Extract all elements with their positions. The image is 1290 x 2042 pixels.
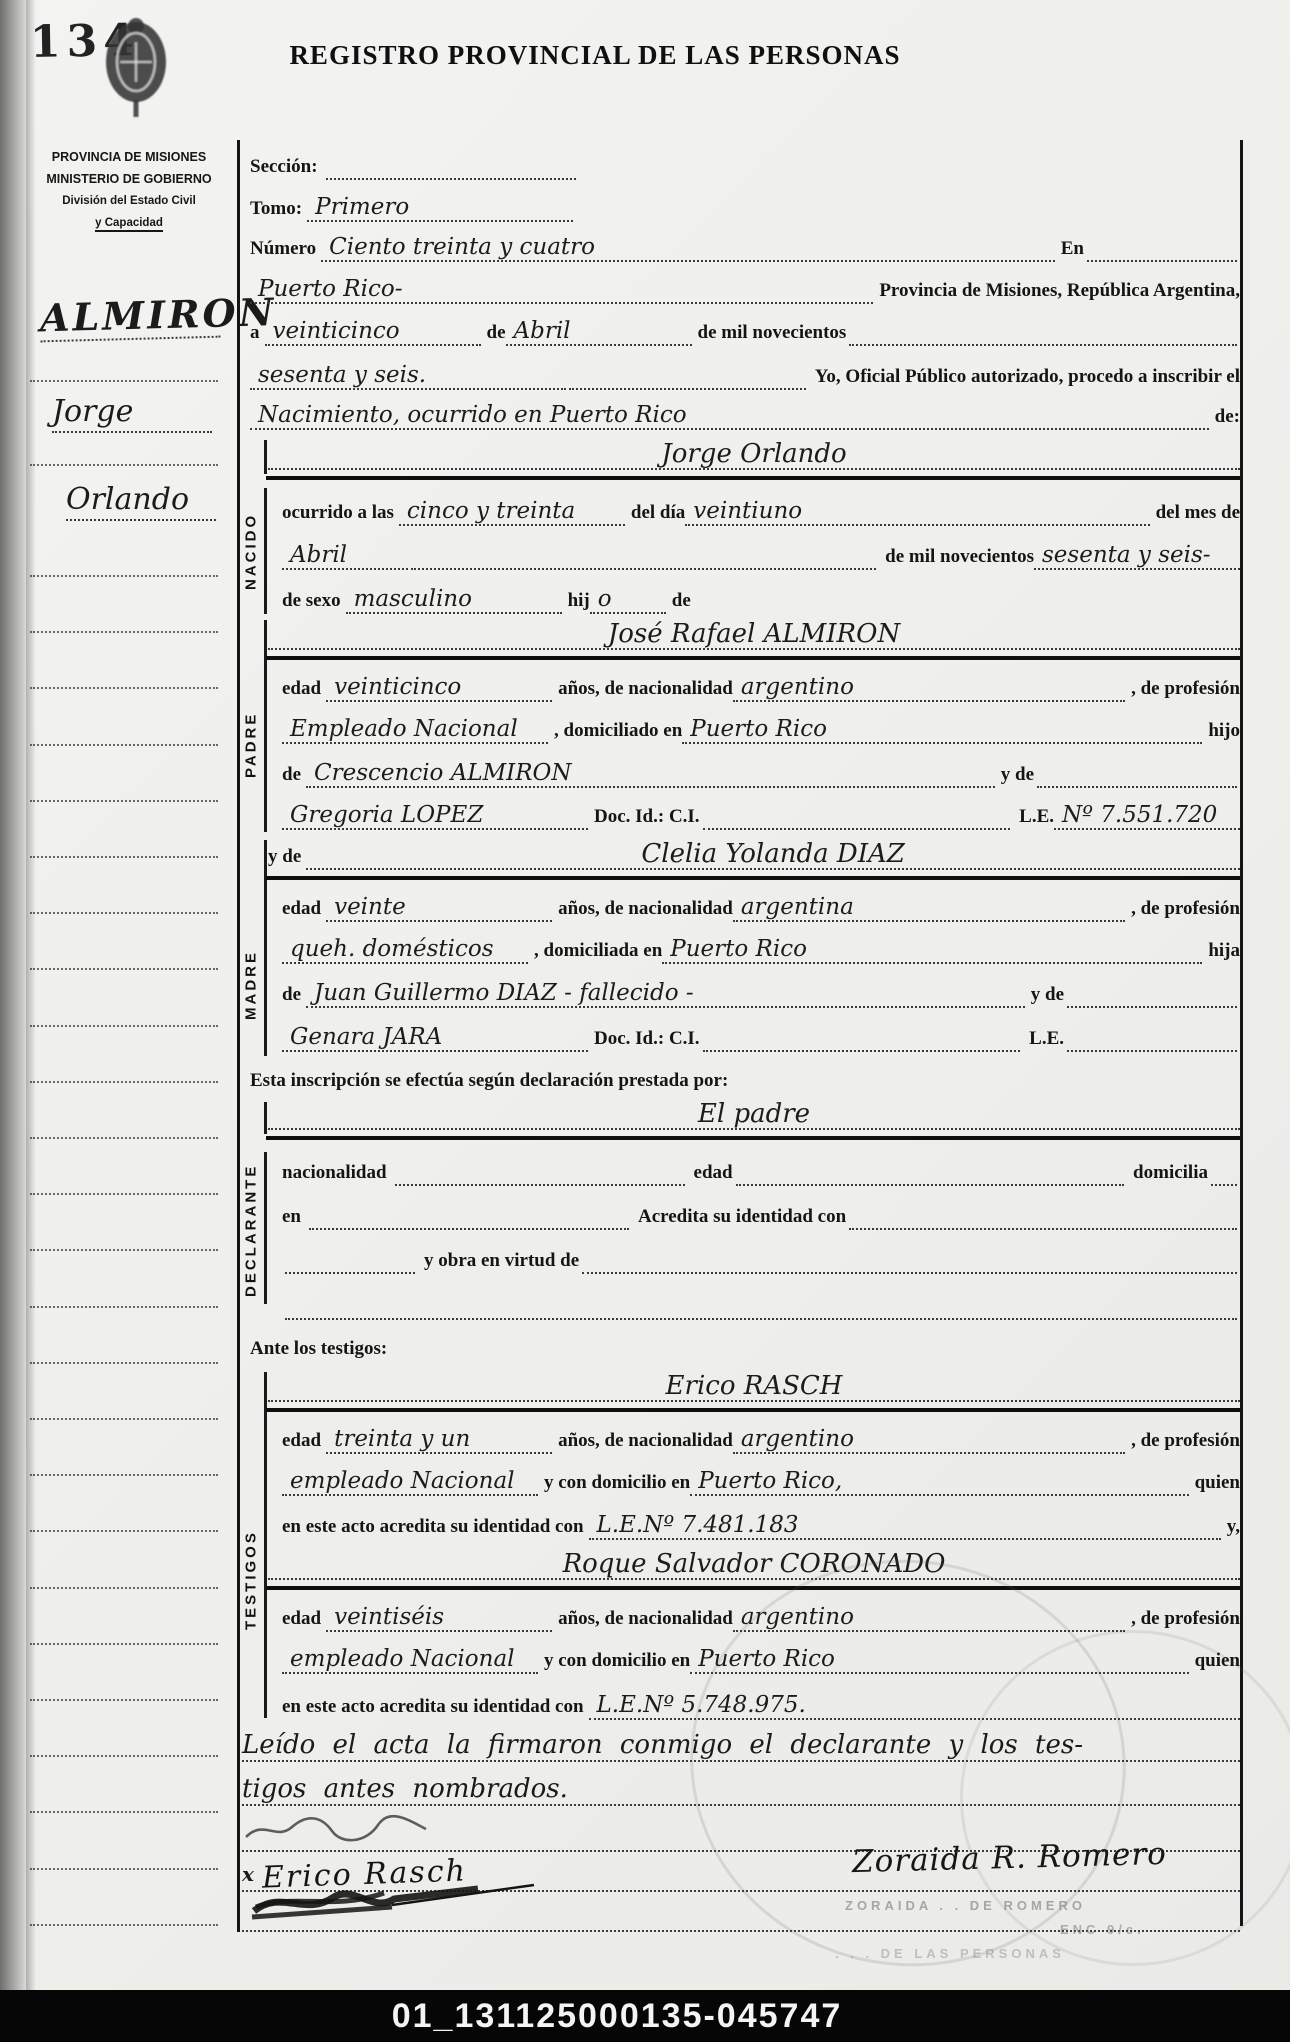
- declarante-value: El padre: [690, 1101, 818, 1128]
- dia-nacimiento-value: veintiuno: [685, 500, 1149, 526]
- y-label: y,: [1221, 1517, 1240, 1540]
- abuelo-paterno-value: Crescencio ALMIRON: [306, 762, 995, 788]
- mes-nacimiento-value: Abril: [282, 544, 408, 570]
- obra-label: y obra en virtud de: [418, 1251, 579, 1274]
- nacido-sexo-row: de sexo masculino hij o de: [282, 580, 1240, 614]
- nacionalidad-label: años, de nacionalidad: [552, 1431, 733, 1454]
- testigo1-profesion-row: empleado Nacional y con domicilio en Pue…: [282, 1462, 1240, 1496]
- rubric-flourish: [242, 1813, 432, 1850]
- hij-sufijo-value: o: [590, 588, 666, 614]
- margin-line: [30, 464, 218, 466]
- margin-line: [30, 1306, 218, 1308]
- padre-bracket: [264, 620, 267, 832]
- margin-line: [30, 1755, 218, 1757]
- name-line: El padre: [268, 1101, 1240, 1130]
- padre-edad-row: edad veinticinco años, de nacionalidad a…: [282, 668, 1240, 702]
- acredita-label: en este acto acredita su identidad con: [282, 1697, 589, 1720]
- scan-code-bar: 01_131125000135-045747: [0, 1990, 1290, 2042]
- scan-code: 01_131125000135-045747: [392, 1997, 843, 2036]
- section-rule: [266, 1136, 1240, 1140]
- profesion-label: , de profesión: [1125, 679, 1240, 702]
- seccion-row: Sección:: [250, 146, 1240, 180]
- profesion-label: , de profesión: [1125, 1609, 1240, 1632]
- testigo2-profesion-value: empleado Nacional: [282, 1648, 538, 1674]
- testigo1-edad-value: treinta y un: [326, 1428, 552, 1454]
- anio-row: sesenta y seis. Yo, Oficial Público auto…: [250, 356, 1240, 390]
- acta-row: Nacimiento, ocurrido en Puerto Rico de:: [250, 396, 1240, 430]
- testigo1-domicilio-value: Puerto Rico,: [690, 1470, 1188, 1496]
- issuing-office-block: PROVINCIA DE MISIONES MINISTERIO DE GOBI…: [38, 146, 220, 234]
- margin-line: [30, 1643, 218, 1645]
- margin-line: [30, 744, 218, 746]
- dotted-leader: [1087, 255, 1237, 262]
- ante-testigos-label: Ante los testigos:: [250, 1339, 392, 1362]
- scanned-birth-certificate: 134 REGISTRO PROVINCIAL DE LAS PERSONAS …: [0, 0, 1290, 2042]
- lugar-row: Puerto Rico- Provincia de Misiones, Repú…: [250, 270, 1240, 304]
- testigo1-nombre-value: Erico RASCH: [658, 1373, 851, 1400]
- profesion-label: , de profesión: [1125, 899, 1240, 922]
- de-label: de: [282, 985, 306, 1008]
- office-line-3: División del Estado Civil: [38, 190, 220, 212]
- padre-nombre-value: José Rafael ALMIRON: [600, 621, 908, 648]
- declarante-identidad-row: en Acredita su identidad con: [282, 1196, 1240, 1230]
- nacido-bracket: [264, 488, 267, 614]
- margin-line: [30, 800, 218, 802]
- office-line-4: y Capacidad: [95, 217, 163, 232]
- abuela-paterna-value: Gregoria LOPEZ: [282, 804, 588, 830]
- declarante-valor-row: El padre: [268, 1100, 1240, 1130]
- testigos-bracket: [264, 1372, 267, 1718]
- name-line: Jorge Orlando: [268, 441, 1240, 470]
- en-label: en: [282, 1207, 306, 1230]
- nacionalidad-label: años, de nacionalidad: [552, 679, 733, 702]
- margin-line: [30, 968, 218, 970]
- doc-id-label: Doc. Id.: C.I.: [588, 1029, 700, 1052]
- de-label: de: [282, 765, 306, 788]
- dotted-leader: [703, 823, 1011, 830]
- domicilio-label: , domiciliado en: [548, 721, 682, 744]
- acredita-label: Acredita su identidad con: [632, 1207, 846, 1230]
- domicilio-label: y con domicilio en: [538, 1651, 690, 1674]
- mes-value: Abril: [506, 320, 692, 346]
- provincia-label: Provincia de Misiones, República Argenti…: [873, 281, 1240, 304]
- lugar-value: Puerto Rico-: [250, 278, 873, 304]
- madre-nombre-value: Clelia Yolanda DIAZ: [633, 841, 912, 868]
- madre-profesion-row: queh. domésticos , domiciliada en Puerto…: [282, 930, 1240, 964]
- declarante-bracket: [264, 1152, 267, 1304]
- nacido-hora-row: ocurrido a las cinco y treinta del día v…: [282, 492, 1240, 526]
- abuela-materna-value: Genara JARA: [282, 1026, 588, 1052]
- stamp-registry-line: . . . DE LAS PERSONAS: [835, 1946, 1065, 1961]
- tomo-label: Tomo:: [250, 199, 307, 222]
- section-tick: [264, 440, 267, 474]
- name-line: Roque Salvador CORONADO: [268, 1551, 1240, 1580]
- dotted-leader: [1037, 781, 1237, 788]
- madre-domicilio-value: Puerto Rico: [662, 938, 1202, 964]
- section-rule: [266, 876, 1240, 880]
- y-de-label: y de: [268, 847, 306, 870]
- name-line: Clelia Yolanda DIAZ: [306, 841, 1240, 870]
- anio-value: sesenta y seis.: [250, 364, 566, 390]
- testigo1-profesion-value: empleado Nacional: [282, 1470, 538, 1496]
- padre-edad-value: veinticinco: [326, 676, 552, 702]
- hora-value: cinco y treinta: [399, 500, 625, 526]
- stamp-enc-line: ENC 9/c.: [1060, 1922, 1145, 1937]
- declaracion-intro-row: Esta inscripción se efectúa según declar…: [250, 1060, 1240, 1094]
- padre-section-label: PADRE: [238, 660, 264, 830]
- name-line: Erico RASCH: [268, 1373, 1240, 1402]
- padre-abuela-row: Gregoria LOPEZ Doc. Id.: C.I. L.E. Nº 7.…: [282, 796, 1240, 830]
- testigo1-nacionalidad-value: argentino: [733, 1428, 1125, 1454]
- le-label: L.E.: [1023, 1029, 1064, 1052]
- margin-line: [30, 1362, 218, 1364]
- madre-edad-row: edad veinte años, de nacionalidad argent…: [282, 888, 1240, 922]
- declarante-obra-row: y obra en virtud de: [282, 1240, 1240, 1274]
- padre-le-value: Nº 7.551.720: [1054, 804, 1240, 830]
- stamp-circle: [960, 1630, 1290, 1966]
- stamp-name-line: ZORAIDA . . DE ROMERO: [845, 1898, 1086, 1913]
- nacido-mes-row: Abril de mil novecientos sesenta y seis-: [282, 536, 1240, 570]
- dotted-leader: [309, 1223, 629, 1230]
- dotted-leader: [582, 1267, 1237, 1274]
- margin-line: [30, 1025, 218, 1027]
- padre-nombre-row: José Rafael ALMIRON: [268, 620, 1240, 650]
- scan-binding-shadow: [26, 0, 36, 2042]
- margin-line: [30, 687, 218, 689]
- dotted-leader: [326, 173, 576, 180]
- edad-label: edad: [282, 679, 326, 702]
- edad-label: edad: [688, 1163, 733, 1186]
- margin-line: [30, 1587, 218, 1589]
- testigo2-edad-value: veintiséis: [326, 1606, 552, 1632]
- dotted-leader: [395, 1179, 685, 1186]
- section-rule: [266, 476, 1240, 480]
- nacido-section-label: NACIDO: [238, 490, 264, 612]
- margin-line: [30, 1418, 218, 1420]
- margin-line: [30, 380, 218, 382]
- margin-line: [30, 912, 218, 914]
- de-colon-label: de:: [1209, 407, 1240, 430]
- padre-nacionalidad-value: argentino: [733, 676, 1125, 702]
- margin-line: [30, 1137, 218, 1139]
- testigo1-documento-row: en este acto acredita su identidad con L…: [282, 1506, 1240, 1540]
- edad-label: edad: [282, 899, 326, 922]
- dotted-leader: [1067, 1045, 1237, 1052]
- cierre-linea2: tigos antes nombrados.: [242, 1776, 568, 1804]
- margin-line: [30, 1924, 218, 1926]
- anio-nacimiento-value: sesenta y seis-: [1034, 544, 1240, 570]
- madre-edad-value: veinte: [326, 896, 552, 922]
- le-label: L.E.: [1013, 807, 1054, 830]
- abuelo-materno-value: Juan Guillermo DIAZ - fallecido -: [306, 982, 1025, 1008]
- margin-line: [30, 575, 218, 577]
- madre-section-label: MADRE: [238, 900, 264, 1070]
- nacido-nombre-value: Jorge Orlando: [653, 441, 854, 468]
- madre-nombre-row: y de Clelia Yolanda DIAZ: [268, 840, 1240, 870]
- ocurrido-label: ocurrido a las: [282, 503, 399, 526]
- testigos-section-label: TESTIGOS: [238, 1440, 264, 1720]
- tomo-value: Primero: [307, 196, 573, 222]
- section-rule: [266, 1586, 1240, 1590]
- oficial-label: Yo, Oficial Público autorizado, procedo …: [809, 367, 1240, 390]
- padre-profesion-value: Empleado Nacional: [282, 718, 548, 744]
- margin-line: [30, 1811, 218, 1813]
- testigo1-edad-row: edad treinta y un años, de nacionalidad …: [282, 1420, 1240, 1454]
- acredita-label: en este acto acredita su identidad con: [282, 1517, 589, 1540]
- y-de-label: y de: [995, 765, 1034, 788]
- domicilia-label: domicilia: [1127, 1163, 1208, 1186]
- numero-value: Ciento treinta y cuatro: [321, 236, 1055, 262]
- dotted-leader: [569, 383, 806, 390]
- name-line: José Rafael ALMIRON: [268, 621, 1240, 650]
- margin-line: [30, 1081, 218, 1083]
- sexo-label: de sexo: [282, 591, 346, 614]
- en-label: En: [1055, 239, 1084, 262]
- office-line-1: PROVINCIA DE MISIONES: [38, 146, 220, 168]
- section-rule: [266, 1408, 1240, 1412]
- de-mil-label: de mil novecientos: [692, 323, 847, 346]
- margin-line: [30, 1530, 218, 1532]
- margin-line: [30, 631, 218, 633]
- scan-binding-edge: [0, 0, 26, 2042]
- testigo1-documento-value: L.E.Nº 7.481.183: [589, 1514, 1221, 1540]
- hij-label: hij: [562, 591, 590, 614]
- de-label: de: [666, 591, 691, 614]
- del-mes-label: del mes de: [1150, 503, 1240, 526]
- madre-nacionalidad-value: argentina: [733, 896, 1125, 922]
- seccion-label: Sección:: [250, 157, 323, 180]
- edad-label: edad: [282, 1609, 326, 1632]
- margin-line: [30, 856, 218, 858]
- dotted-leader: [1067, 1001, 1237, 1008]
- doc-id-label: Doc. Id.: C.I.: [588, 807, 700, 830]
- dotted-leader: [1211, 1179, 1237, 1186]
- ante-testigos-row: Ante los testigos:: [250, 1328, 1240, 1362]
- sexo-value: masculino: [346, 588, 562, 614]
- madre-abuela-row: Genara JARA Doc. Id.: C.I. L.E.: [282, 1018, 1240, 1052]
- margin-line: [30, 1868, 218, 1870]
- madre-bracket: [264, 840, 267, 1056]
- dotted-leader: [411, 563, 876, 570]
- coat-of-arms: [100, 12, 172, 123]
- testigo2-nombre-row: Roque Salvador CORONADO: [268, 1550, 1240, 1580]
- padre-profesion-row: Empleado Nacional , domiciliado en Puert…: [282, 710, 1240, 744]
- del-dia-label: del día: [625, 503, 685, 526]
- declarante-section-label: DECLARANTE: [238, 1150, 264, 1310]
- nacionalidad-label: años, de nacionalidad: [552, 899, 733, 922]
- domicilio-label: y con domicilio en: [538, 1473, 690, 1496]
- margin-line: [30, 1474, 218, 1476]
- testigo1-nombre-row: Erico RASCH: [268, 1372, 1240, 1402]
- nacionalidad-label: años, de nacionalidad: [552, 1609, 733, 1632]
- declarante-blank-row: [282, 1286, 1240, 1320]
- office-line-2: MINISTERIO DE GOBIERNO: [38, 168, 220, 190]
- form-title: REGISTRO PROVINCIAL DE LAS PERSONAS: [270, 40, 920, 71]
- fecha-row: a veinticinco de Abril de mil noveciento…: [250, 312, 1240, 346]
- edad-label: edad: [282, 1431, 326, 1454]
- dotted-leader: [736, 1179, 1124, 1186]
- dotted-leader: [849, 1223, 1237, 1230]
- signature-scribble: [242, 1881, 542, 1930]
- form-right-border: [1240, 140, 1243, 1926]
- dia-value: veinticinco: [265, 320, 481, 346]
- quien-label: quien: [1189, 1473, 1240, 1496]
- tomo-row: Tomo: Primero: [250, 188, 1240, 222]
- profesion-label: , de profesión: [1125, 1431, 1240, 1454]
- margin-given-name-2: Orlando: [66, 482, 216, 521]
- padre-domicilio-value: Puerto Rico: [682, 718, 1202, 744]
- margin-given-name-1: Jorge: [52, 394, 212, 433]
- dotted-leader: [285, 1313, 1237, 1320]
- dotted-leader: [285, 1267, 415, 1274]
- declarante-datos-row: nacionalidad edad domicilia: [282, 1152, 1240, 1186]
- dotted-leader: [849, 339, 1237, 346]
- acta-value: Nacimiento, ocurrido en Puerto Rico: [250, 404, 1209, 430]
- de-mil-label: de mil novecientos: [879, 547, 1034, 570]
- y-de-label: y de: [1025, 985, 1064, 1008]
- hijo-label: hijo: [1202, 721, 1240, 744]
- hija-label: hija: [1202, 941, 1240, 964]
- numero-label: Número: [250, 239, 321, 262]
- nacionalidad-label: nacionalidad: [282, 1163, 392, 1186]
- margin-surname: ALMIRON: [39, 291, 220, 343]
- numero-row: Número Ciento treinta y cuatro En: [250, 228, 1240, 262]
- nacido-nombre-row: Jorge Orlando: [268, 438, 1240, 470]
- de-label: de: [481, 323, 506, 346]
- margin-line: [30, 1193, 218, 1195]
- padre-abuelo-row: de Crescencio ALMIRON y de: [282, 754, 1240, 788]
- margin-line: [30, 1249, 218, 1251]
- madre-profesion-value: queh. domésticos: [282, 938, 528, 964]
- section-rule: [266, 656, 1240, 660]
- margin-line: [30, 1699, 218, 1701]
- a-label: a: [250, 323, 265, 346]
- madre-abuelo-row: de Juan Guillermo DIAZ - fallecido - y d…: [282, 974, 1240, 1008]
- section-tick: [264, 1102, 267, 1134]
- dotted-leader: [703, 1045, 1021, 1052]
- declaracion-intro-label: Esta inscripción se efectúa según declar…: [250, 1071, 733, 1094]
- domicilio-label: , domiciliada en: [528, 941, 662, 964]
